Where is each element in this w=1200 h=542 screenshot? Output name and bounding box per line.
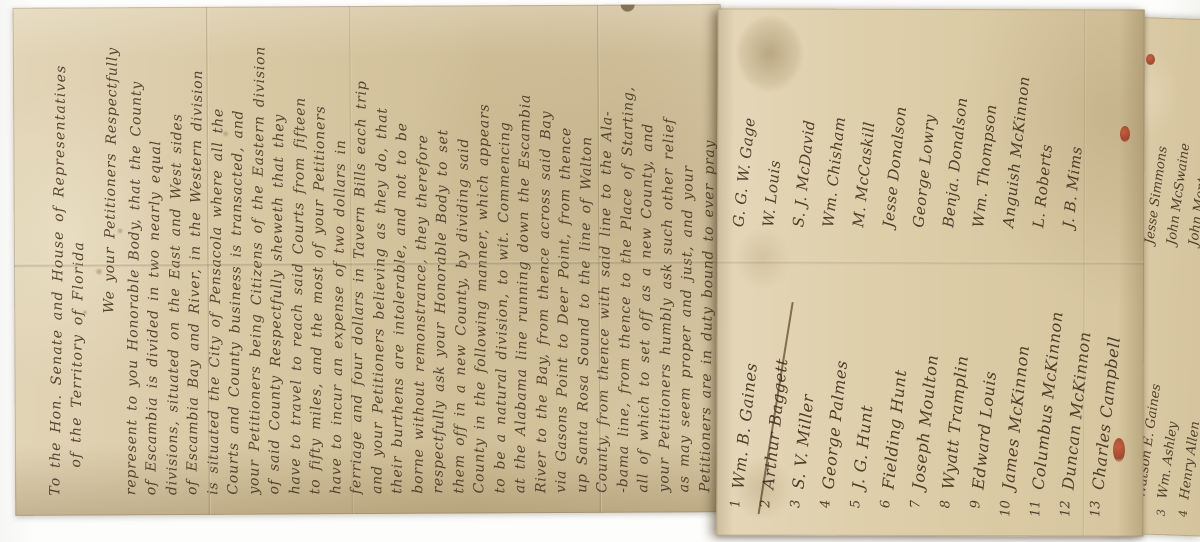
signature-name: Wyatt Tramplin (938, 238, 958, 490)
signature-number: 3 (1154, 499, 1168, 529)
signature-name: J. B. Mims (1059, 146, 1077, 228)
signature-row: 3 S. V. Miller S. J. McDavid (788, 9, 819, 528)
signature-name: Joseph Moulton (908, 238, 928, 490)
petition-line: We your Petitioners Respectfully (99, 7, 124, 313)
signature-number: 8 (938, 490, 953, 528)
wax-seal-mark (1113, 438, 1125, 462)
signature-row: 6 Fielding Hunt Jesse Donalson (878, 9, 909, 528)
document-scan: 1 Jeremiah Savell Jos. Simpkins 2 Watson… (0, 0, 1200, 542)
signature-name: George Palmes (818, 238, 838, 490)
signature-row: 7 Joseph Moulton George Lowry (908, 9, 939, 528)
signature-page-1: 1 Wm. B. Gaines G. G. W. Gage 2 Arthur B… (716, 8, 1144, 536)
signature-name: Edward Louis (968, 238, 988, 490)
signature-name: Benja. Donalson (939, 97, 957, 228)
signature-number: 5 (848, 490, 863, 528)
signature-row: 5 J. G. Hunt M. McCaskill (848, 9, 879, 528)
wax-seal-mark (1120, 126, 1130, 142)
signature-row: 11 Columbus McKinnon L. Roberts (1028, 9, 1059, 528)
rotated-text-layer: 1 Wm. B. Gaines G. G. W. Gage 2 Arthur B… (716, 8, 1144, 536)
wax-seal-mark (1146, 54, 1155, 65)
signature-name: Columbus McKinnon (1028, 238, 1048, 490)
signature-name: Wm. Thompson (969, 104, 987, 228)
signature-number: 4 (1176, 500, 1190, 530)
salutation: To the Hon. Senate and House of Represen… (43, 7, 87, 495)
signature-number: 3 (788, 490, 803, 528)
signature-row: 10 James McKinnon Anguish McKinnon (998, 9, 1029, 528)
signature-name: Fielding Hunt (878, 238, 898, 490)
signature-row: 9 Edward Louis Wm. Thompson (968, 9, 999, 528)
signature-name: S. J. McDavid (789, 120, 807, 228)
signature-number: 6 (878, 490, 893, 528)
petition-page: To the Hon. Senate and House of Represen… (13, 4, 724, 516)
signature-name: Wm. B. Gaines (728, 237, 748, 489)
signature-name: M. McCaskill (849, 122, 867, 228)
signature-number: 13 (1088, 490, 1103, 528)
signature-number: 11 (1028, 490, 1043, 528)
signature-name: Jesse Donalson (879, 106, 897, 228)
signature-name: Wm. Chisham (819, 117, 837, 228)
signature-name: G. G. W. Gage (729, 117, 747, 227)
signature-name: Charles Campbell (1088, 238, 1108, 490)
signature-row: 2 Arthur Baggett W. Louis (758, 9, 789, 528)
signature-name: J. G. Hunt (848, 238, 868, 490)
signature-row: 1 Wm. B. Gaines G. G. W. Gage (728, 8, 759, 527)
signature-number: 12 (1058, 490, 1073, 528)
signature-name: S. V. Miller (788, 238, 808, 490)
signature-row: 4 George Palmes Wm. Chisham (818, 9, 849, 528)
signature-name: Duncan McKinnon (1058, 238, 1078, 490)
signature-name: W. Louis (759, 160, 777, 228)
petition-body: We your Petitioners Respectfully represe… (98, 4, 716, 495)
signature-name: James McKinnon (998, 238, 1018, 490)
signature-number: 4 (818, 490, 833, 528)
signature-number: 7 (908, 490, 923, 528)
signature-name: George Lowry (909, 114, 927, 228)
signature-name: Anguish McKinnon (999, 76, 1017, 229)
signature-number: 9 (968, 490, 983, 528)
signature-name: L. Roberts (1029, 144, 1047, 228)
signature-number: 10 (998, 490, 1013, 528)
signature-number: 1 (728, 489, 743, 527)
signature-row: 8 Wyatt Tramplin Benja. Donalson (938, 9, 969, 528)
